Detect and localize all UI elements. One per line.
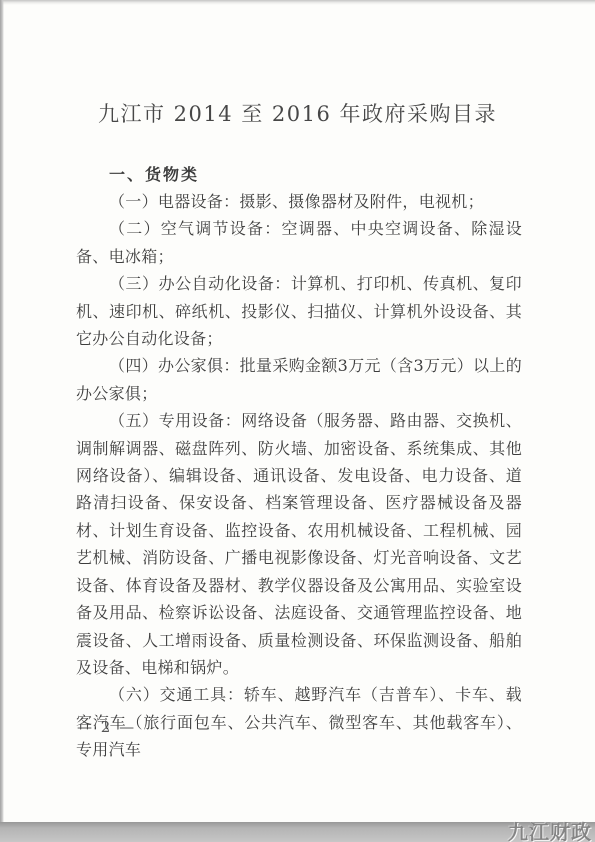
paragraph-air-conditioning-equipment: （二）空气调节设备：空调器、中央空调设备、除湿设备、电冰箱；: [76, 215, 522, 270]
paragraph-transport-vehicles: （六）交通工具：轿车、越野汽车（吉普车）、卡车、载客汽车（旅行面包车、公共汽车、…: [76, 681, 522, 763]
scan-artifact-bottom-band: [0, 822, 595, 842]
paragraph-special-equipment: （五）专用设备：网络设备（服务器、路由器、交换机、调制解调器、磁盘阵列、防火墙、…: [76, 407, 522, 681]
scanned-document-page: 九江市 2014 至 2016 年政府采购目录 一、货物类 （一）电器设备：摄影…: [0, 0, 595, 842]
page-number: — 2 —: [77, 718, 136, 736]
paragraph-office-furniture: （四）办公家俱：批量采购金额3万元（含3万元）以上的办公家俱；: [76, 352, 522, 407]
scan-artifact-top-edge: [0, 0, 595, 5]
watermark-jiujiang-finance: 九江财政: [508, 822, 592, 842]
document-body: 一、货物类 （一）电器设备：摄影、摄像器材及附件，电视机； （二）空气调节设备：…: [76, 164, 522, 764]
paragraph-electrical-equipment: （一）电器设备：摄影、摄像器材及附件，电视机；: [76, 188, 522, 215]
paragraph-office-automation-equipment: （三）办公自动化设备：计算机、打印机、传真机、复印机、速印机、碎纸机、投影仪、扫…: [76, 270, 522, 352]
document-title: 九江市 2014 至 2016 年政府采购目录: [0, 98, 595, 128]
section-heading-goods-category: 一、货物类: [76, 164, 522, 185]
